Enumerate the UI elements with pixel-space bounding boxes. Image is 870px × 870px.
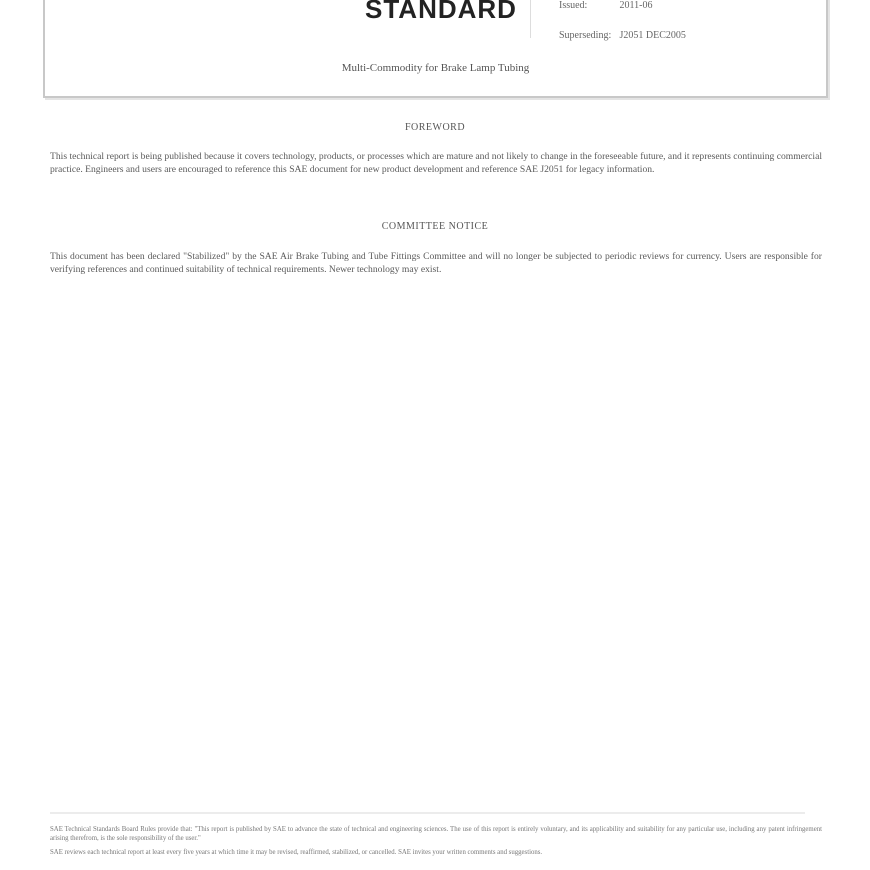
superseding-value: J2051 DEC2005 — [620, 30, 686, 41]
document-type: STANDARD — [365, 0, 517, 25]
foreword-heading: FOREWORD — [50, 122, 820, 133]
footer-divider — [50, 812, 805, 814]
document-header: STANDARD Issued: 2011-06 Superseding: J2… — [43, 0, 828, 98]
header-divider — [530, 0, 531, 38]
superseding-field: Superseding: J2051 DEC2005 — [559, 30, 686, 41]
committee-notice-heading: COMMITTEE NOTICE — [50, 221, 820, 232]
issued-field: Issued: 2011-06 — [559, 0, 652, 11]
issued-label: Issued: — [559, 0, 617, 11]
superseding-label: Superseding: — [559, 30, 617, 41]
document-title: Multi-Commodity for Brake Lamp Tubing — [45, 62, 826, 74]
issued-value: 2011-06 — [620, 0, 653, 11]
committee-notice-text: This document has been declared "Stabili… — [50, 251, 822, 276]
foreword-text: This technical report is being published… — [50, 151, 822, 176]
footer-notice-1: SAE Technical Standards Board Rules prov… — [50, 825, 822, 843]
footer-notice-2: SAE reviews each technical report at lea… — [50, 848, 822, 857]
